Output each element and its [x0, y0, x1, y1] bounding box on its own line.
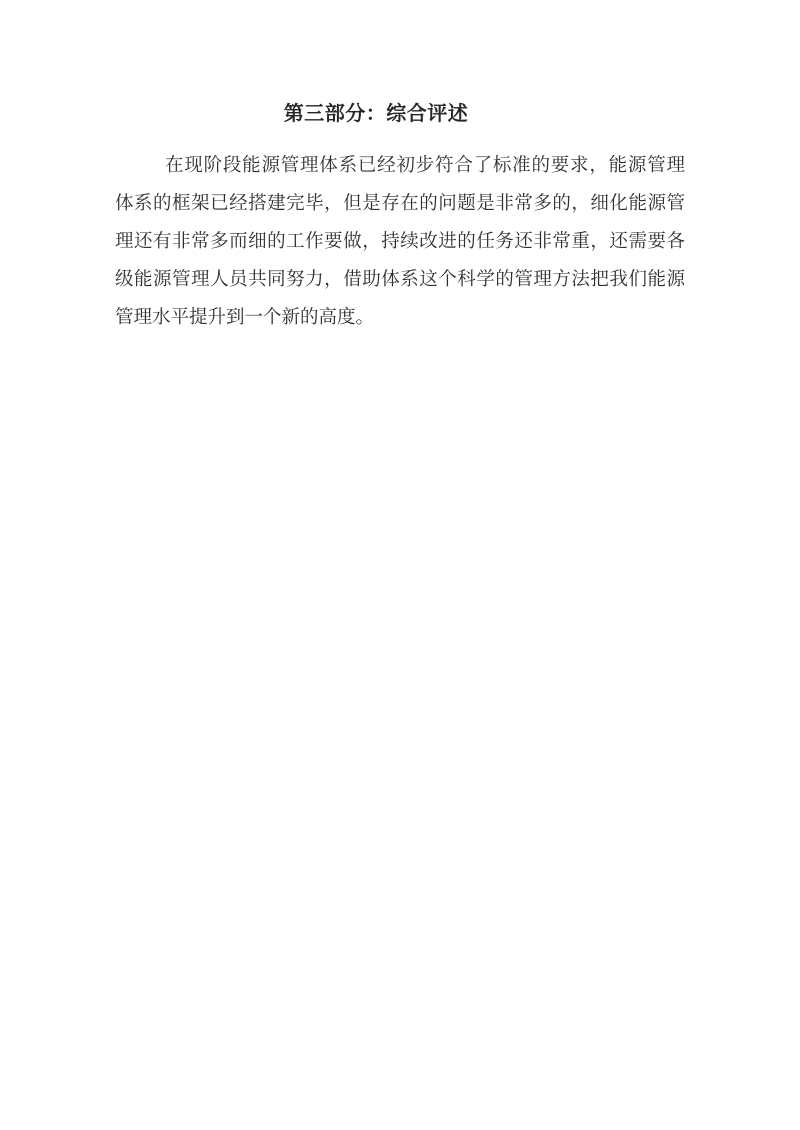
paragraph-line: 体系的框架已经搭建完毕，但是存在的问题是非常多的，细化能源管: [115, 185, 685, 223]
section-title: 第三部分：综合评述: [0, 101, 752, 127]
document-page: 第三部分：综合评述 在现阶段能源管理体系已经初步符合了标准的要求，能源管理 体系…: [0, 0, 800, 1130]
paragraph-line: 理还有非常多而细的工作要做，持续改进的任务还非常重，还需要各: [115, 223, 685, 261]
paragraph-line: 在现阶段能源管理体系已经初步符合了标准的要求，能源管理: [115, 147, 685, 185]
paragraph-line: 级能源管理人员共同努力，借助体系这个科学的管理方法把我们能源: [115, 261, 685, 299]
paragraph-line: 管理水平提升到一个新的高度。: [115, 299, 685, 337]
body-paragraph: 在现阶段能源管理体系已经初步符合了标准的要求，能源管理 体系的框架已经搭建完毕，…: [115, 147, 685, 337]
